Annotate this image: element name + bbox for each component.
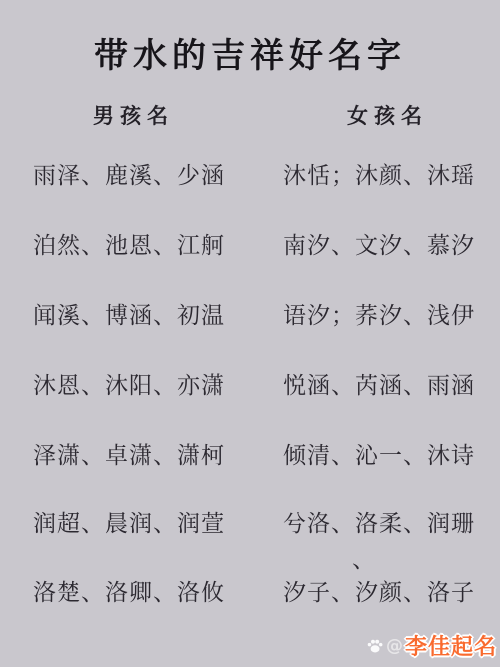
girls-name-row: 南汐、文汐、慕汐 [283, 227, 475, 260]
watermark-name: 李佳起名 [405, 630, 497, 661]
column-header-boys: 男孩名 [93, 100, 174, 130]
girls-name-row: 悦涵、芮涵、雨涵 [283, 367, 475, 400]
boys-name-row: 沐恩、沐阳、亦潇 [33, 367, 225, 400]
boys-name-row: 闻溪、博涵、初温 [33, 297, 225, 330]
boys-name-row: 泽潇、卓潇、潇柯 [33, 437, 225, 470]
girls-name-row: 兮洛、洛柔、润珊 [283, 505, 475, 538]
paw-icon [366, 637, 384, 655]
boys-name-row: 雨泽、鹿溪、少涵 [33, 157, 225, 190]
boys-name-row: 洛楚、洛卿、洛攸 [33, 574, 225, 607]
girls-name-row: 汐子、汐颜、洛子 [283, 574, 475, 607]
wrapped-separator: 、 [352, 541, 375, 574]
girls-name-row: 倾清、沁一、沐诗 [283, 437, 475, 470]
name-list-poster: 带水的吉祥好名字 男孩名 女孩名 雨泽、鹿溪、少涵 泊然、池恩、江舸 闻溪、博涵… [0, 0, 500, 667]
boys-name-row: 泊然、池恩、江舸 [33, 227, 225, 260]
girls-name-row: 语汐；荞汐、浅伊 [283, 297, 475, 330]
girls-name-row: 沐恬；沐颜、沐瑶 [283, 157, 475, 190]
column-header-girls: 女孩名 [347, 100, 428, 130]
watermark: @ 李佳起名 [366, 630, 497, 661]
at-symbol: @ [386, 636, 403, 656]
page-title: 带水的吉祥好名字 [0, 28, 500, 77]
boys-name-row: 润超、晨润、润萱 [33, 505, 225, 538]
